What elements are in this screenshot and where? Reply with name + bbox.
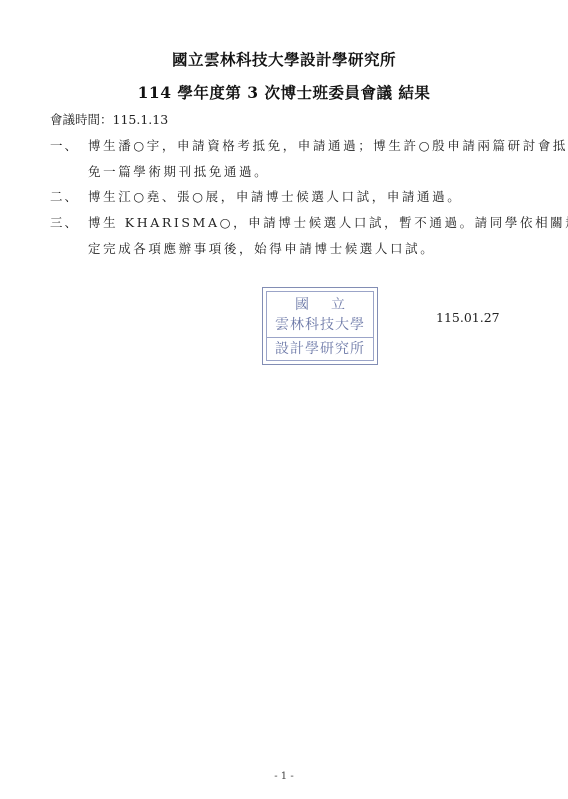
stamp-row-2: 雲林科技大學	[267, 316, 373, 334]
official-seal-stamp: 國立 雲林科技大學 設計學研究所	[262, 287, 378, 365]
item-text-line: 博生江○堯、張○展，申請博士候選人口試，申請通過。	[88, 187, 462, 205]
item-text-line: 博生潘○宇，申請資格考抵免，申請通過；博生許○殷申請兩篇研討會抵	[88, 136, 568, 154]
document-page: 國立雲林科技大學設計學研究所 114 學年度第 3 次博士班委員會議 結果 會議…	[0, 0, 568, 799]
item-number: 三、	[50, 213, 86, 231]
stamp-row-1: 國立	[267, 296, 373, 314]
stamp-divider	[267, 337, 373, 338]
meeting-time: 會議時間：115.1.13	[50, 110, 168, 128]
item-text-line: 定完成各項應辦事項後，始得申請博士候選人口試。	[88, 239, 435, 257]
stamp-row-3: 設計學研究所	[267, 340, 373, 358]
page-number: - 1 -	[0, 771, 568, 782]
item-number: 二、	[50, 187, 86, 205]
item-number: 一、	[50, 136, 86, 154]
item-text-line: 免一篇學術期刊抵免通過。	[88, 162, 269, 180]
item-text-line: 博生 KHARISMA○，申請博士候選人口試，暫不通過。請同學依相關規	[88, 213, 568, 231]
stamp-inner-border: 國立 雲林科技大學 設計學研究所	[266, 291, 374, 361]
institution-title: 國立雲林科技大學設計學研究所	[0, 48, 568, 70]
issue-date: 115.01.27	[436, 310, 500, 325]
meeting-title: 114 學年度第 3 次博士班委員會議 結果	[0, 81, 568, 103]
